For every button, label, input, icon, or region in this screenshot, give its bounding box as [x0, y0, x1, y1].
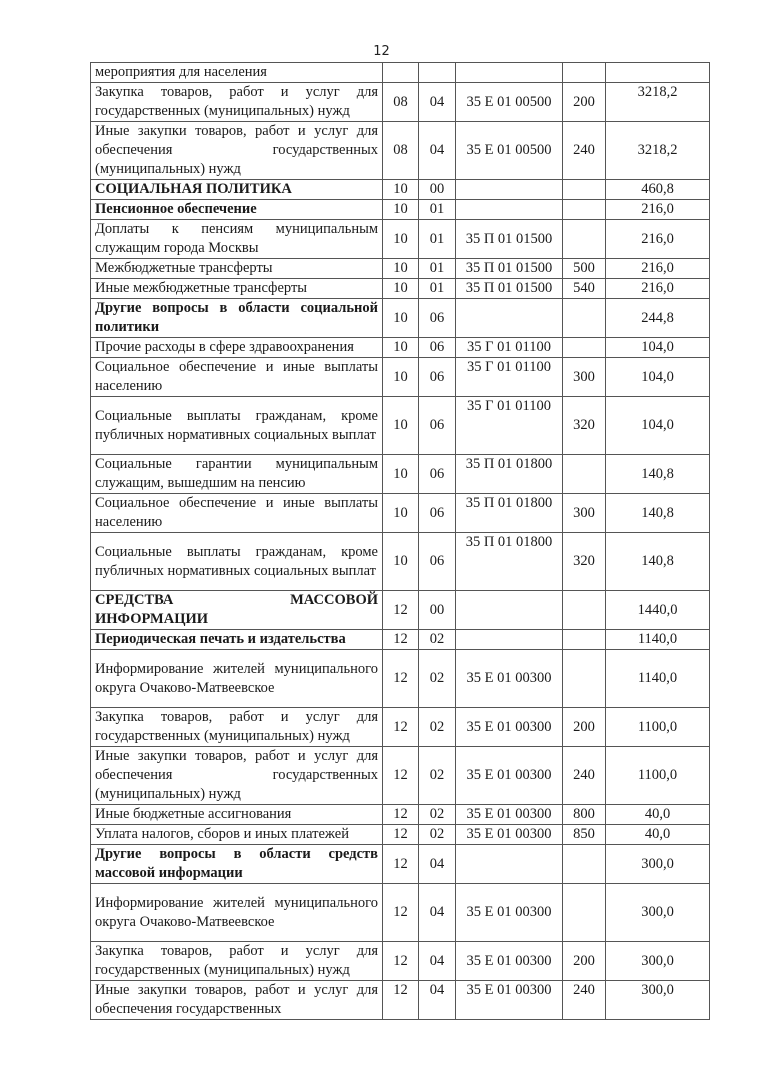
expense-type-cell: 240 — [563, 747, 606, 805]
subsection-code-cell: 04 — [419, 122, 456, 180]
subsection-code-cell: 04 — [419, 83, 456, 122]
target-article-cell: 35 П 01 01800 — [456, 455, 563, 494]
expense-type-cell — [563, 884, 606, 942]
target-article-cell: 35 Е 01 00300 — [456, 650, 563, 708]
section-code-cell: 12 — [383, 825, 419, 845]
row-name-cell: мероприятия для населения — [91, 63, 383, 83]
amount-cell: 1100,0 — [606, 747, 710, 805]
expense-type-cell — [563, 299, 606, 338]
table-row: Иные закупки товаров, работ и услуг для … — [91, 747, 710, 805]
amount-cell: 140,8 — [606, 533, 710, 591]
expense-type-cell: 320 — [563, 397, 606, 455]
row-name-cell: Иные закупки товаров, работ и услуг для … — [91, 747, 383, 805]
table-row: СОЦИАЛЬНАЯ ПОЛИТИКА1000460,8 — [91, 180, 710, 200]
table-row: Иные межбюджетные трансферты100135 П 01 … — [91, 279, 710, 299]
target-article-cell: 35 Г 01 01100 — [456, 397, 563, 455]
row-name-cell: Социальные гарантии муниципальным служащ… — [91, 455, 383, 494]
row-name-cell: Информирование жителей муниципального ок… — [91, 650, 383, 708]
section-code-cell: 10 — [383, 259, 419, 279]
row-name-cell: Другие вопросы в области средств массово… — [91, 845, 383, 884]
subsection-code-cell: 01 — [419, 259, 456, 279]
amount-cell: 216,0 — [606, 200, 710, 220]
table-row: Социальные гарантии муниципальным служащ… — [91, 455, 710, 494]
section-code-cell: 10 — [383, 279, 419, 299]
table-row: Закупка товаров, работ и услуг для госуд… — [91, 83, 710, 122]
section-code-cell: 10 — [383, 397, 419, 455]
target-article-cell: 35 Е 01 00300 — [456, 747, 563, 805]
subsection-code-cell: 04 — [419, 942, 456, 981]
expense-type-cell: 500 — [563, 259, 606, 279]
section-code-cell: 12 — [383, 845, 419, 884]
subsection-code-cell: 06 — [419, 494, 456, 533]
table-row: Социальные выплаты гражданам, кроме публ… — [91, 533, 710, 591]
section-code-cell: 12 — [383, 747, 419, 805]
target-article-cell: 35 Е 01 00300 — [456, 805, 563, 825]
subsection-code-cell: 06 — [419, 397, 456, 455]
row-name-cell: Закупка товаров, работ и услуг для госуд… — [91, 83, 383, 122]
section-code-cell: 12 — [383, 708, 419, 747]
section-code-cell: 12 — [383, 884, 419, 942]
table-row: Информирование жителей муниципального ок… — [91, 650, 710, 708]
table-row: Социальное обеспечение и иные выплаты на… — [91, 494, 710, 533]
budget-table: мероприятия для населенияЗакупка товаров… — [90, 62, 710, 1020]
expense-type-cell — [563, 630, 606, 650]
table-row: мероприятия для населения — [91, 63, 710, 83]
expense-type-cell: 540 — [563, 279, 606, 299]
amount-cell: 300,0 — [606, 845, 710, 884]
row-name-cell: Межбюджетные трансферты — [91, 259, 383, 279]
expense-type-cell: 300 — [563, 494, 606, 533]
subsection-code-cell: 00 — [419, 591, 456, 630]
table-row: Иные закупки товаров, работ и услуг для … — [91, 122, 710, 180]
subsection-code-cell: 06 — [419, 455, 456, 494]
table-row: Пенсионное обеспечение1001216,0 — [91, 200, 710, 220]
table-row: Иные закупки товаров, работ и услуг для … — [91, 981, 710, 1020]
expense-type-cell — [563, 338, 606, 358]
amount-cell: 216,0 — [606, 259, 710, 279]
budget-table-body: мероприятия для населенияЗакупка товаров… — [91, 63, 710, 1020]
expense-type-cell: 200 — [563, 942, 606, 981]
table-row: Периодическая печать и издательства12021… — [91, 630, 710, 650]
row-name-cell: Социальное обеспечение и иные выплаты на… — [91, 494, 383, 533]
expense-type-cell — [563, 180, 606, 200]
subsection-code-cell: 02 — [419, 825, 456, 845]
table-row: Социальные выплаты гражданам, кроме публ… — [91, 397, 710, 455]
expense-type-cell — [563, 220, 606, 259]
target-article-cell: 35 Е 01 00300 — [456, 884, 563, 942]
subsection-code-cell: 04 — [419, 981, 456, 1020]
subsection-code-cell: 06 — [419, 533, 456, 591]
expense-type-cell: 200 — [563, 83, 606, 122]
subsection-code-cell — [419, 63, 456, 83]
amount-cell: 300,0 — [606, 981, 710, 1020]
target-article-cell: 35 П 01 01500 — [456, 220, 563, 259]
subsection-code-cell: 01 — [419, 200, 456, 220]
expense-type-cell: 850 — [563, 825, 606, 845]
target-article-cell: 35 П 01 01500 — [456, 279, 563, 299]
section-code-cell: 12 — [383, 591, 419, 630]
expense-type-cell — [563, 845, 606, 884]
subsection-code-cell: 06 — [419, 338, 456, 358]
row-name-cell: Пенсионное обеспечение — [91, 200, 383, 220]
subsection-code-cell: 00 — [419, 180, 456, 200]
row-name-cell: Периодическая печать и издательства — [91, 630, 383, 650]
amount-cell: 300,0 — [606, 942, 710, 981]
row-name-cell: Иные межбюджетные трансферты — [91, 279, 383, 299]
section-code-cell: 10 — [383, 533, 419, 591]
amount-cell: 104,0 — [606, 358, 710, 397]
row-name-cell: СОЦИАЛЬНАЯ ПОЛИТИКА — [91, 180, 383, 200]
row-name-cell: Социальные выплаты гражданам, кроме публ… — [91, 533, 383, 591]
row-name-cell: Иные бюджетные ассигнования — [91, 805, 383, 825]
amount-cell: 104,0 — [606, 397, 710, 455]
row-name-cell: Информирование жителей муниципального ок… — [91, 884, 383, 942]
table-row: Межбюджетные трансферты100135 П 01 01500… — [91, 259, 710, 279]
section-code-cell: 10 — [383, 299, 419, 338]
target-article-cell: 35 П 01 01800 — [456, 494, 563, 533]
expense-type-cell: 800 — [563, 805, 606, 825]
amount-cell: 216,0 — [606, 220, 710, 259]
target-article-cell: 35 Г 01 01100 — [456, 358, 563, 397]
section-code-cell: 12 — [383, 650, 419, 708]
subsection-code-cell: 02 — [419, 747, 456, 805]
amount-cell: 1140,0 — [606, 650, 710, 708]
row-name-cell: Уплата налогов, сборов и иных платежей — [91, 825, 383, 845]
amount-cell: 1140,0 — [606, 630, 710, 650]
amount-cell: 1100,0 — [606, 708, 710, 747]
amount-cell: 3218,2 — [606, 83, 710, 122]
section-code-cell: 08 — [383, 122, 419, 180]
amount-cell: 216,0 — [606, 279, 710, 299]
section-code-cell: 12 — [383, 805, 419, 825]
section-code-cell — [383, 63, 419, 83]
target-article-cell: 35 Г 01 01100 — [456, 338, 563, 358]
target-article-cell: 35 Е 01 00300 — [456, 981, 563, 1020]
row-name-cell: Прочие расходы в сфере здравоохранения — [91, 338, 383, 358]
section-code-cell: 10 — [383, 494, 419, 533]
table-row: Закупка товаров, работ и услуг для госуд… — [91, 708, 710, 747]
section-code-cell: 10 — [383, 338, 419, 358]
target-article-cell — [456, 63, 563, 83]
subsection-code-cell: 02 — [419, 805, 456, 825]
section-code-cell: 12 — [383, 942, 419, 981]
subsection-code-cell: 06 — [419, 358, 456, 397]
amount-cell: 40,0 — [606, 825, 710, 845]
section-code-cell: 10 — [383, 358, 419, 397]
section-code-cell: 10 — [383, 455, 419, 494]
expense-type-cell — [563, 591, 606, 630]
row-name-cell: СРЕДСТВА МАССОВОЙ ИНФОРМАЦИИ — [91, 591, 383, 630]
target-article-cell: 35 П 01 01500 — [456, 259, 563, 279]
expense-type-cell: 200 — [563, 708, 606, 747]
section-code-cell: 12 — [383, 630, 419, 650]
subsection-code-cell: 01 — [419, 220, 456, 259]
target-article-cell — [456, 845, 563, 884]
expense-type-cell: 320 — [563, 533, 606, 591]
expense-type-cell — [563, 63, 606, 83]
subsection-code-cell: 06 — [419, 299, 456, 338]
amount-cell — [606, 63, 710, 83]
table-row: Закупка товаров, работ и услуг для госуд… — [91, 942, 710, 981]
amount-cell: 3218,2 — [606, 122, 710, 180]
expense-type-cell: 240 — [563, 122, 606, 180]
section-code-cell: 10 — [383, 220, 419, 259]
subsection-code-cell: 02 — [419, 630, 456, 650]
table-row: Доплаты к пенсиям муниципальным служащим… — [91, 220, 710, 259]
target-article-cell: 35 Е 01 00300 — [456, 942, 563, 981]
page-number: 12 — [0, 44, 763, 59]
amount-cell: 140,8 — [606, 494, 710, 533]
section-code-cell: 10 — [383, 200, 419, 220]
row-name-cell: Закупка товаров, работ и услуг для госуд… — [91, 708, 383, 747]
subsection-code-cell: 02 — [419, 708, 456, 747]
table-row: СРЕДСТВА МАССОВОЙ ИНФОРМАЦИИ12001440,0 — [91, 591, 710, 630]
subsection-code-cell: 01 — [419, 279, 456, 299]
amount-cell: 40,0 — [606, 805, 710, 825]
row-name-cell: Доплаты к пенсиям муниципальным служащим… — [91, 220, 383, 259]
amount-cell: 1440,0 — [606, 591, 710, 630]
amount-cell: 300,0 — [606, 884, 710, 942]
expense-type-cell — [563, 455, 606, 494]
table-row: Прочие расходы в сфере здравоохранения10… — [91, 338, 710, 358]
target-article-cell — [456, 200, 563, 220]
subsection-code-cell: 04 — [419, 884, 456, 942]
row-name-cell: Другие вопросы в области социальной поли… — [91, 299, 383, 338]
section-code-cell: 10 — [383, 180, 419, 200]
amount-cell: 140,8 — [606, 455, 710, 494]
target-article-cell — [456, 299, 563, 338]
subsection-code-cell: 02 — [419, 650, 456, 708]
target-article-cell: 35 Е 01 00300 — [456, 825, 563, 845]
expense-type-cell: 240 — [563, 981, 606, 1020]
expense-type-cell — [563, 650, 606, 708]
row-name-cell: Иные закупки товаров, работ и услуг для … — [91, 122, 383, 180]
target-article-cell: 35 П 01 01800 — [456, 533, 563, 591]
expense-type-cell: 300 — [563, 358, 606, 397]
section-code-cell: 12 — [383, 981, 419, 1020]
target-article-cell: 35 Е 01 00500 — [456, 83, 563, 122]
row-name-cell: Закупка товаров, работ и услуг для госуд… — [91, 942, 383, 981]
table-row: Другие вопросы в области средств массово… — [91, 845, 710, 884]
row-name-cell: Социальное обеспечение и иные выплаты на… — [91, 358, 383, 397]
subsection-code-cell: 04 — [419, 845, 456, 884]
row-name-cell: Иные закупки товаров, работ и услуг для … — [91, 981, 383, 1020]
table-row: Информирование жителей муниципального ок… — [91, 884, 710, 942]
table-row: Уплата налогов, сборов и иных платежей12… — [91, 825, 710, 845]
table-row: Другие вопросы в области социальной поли… — [91, 299, 710, 338]
target-article-cell: 35 Е 01 00300 — [456, 708, 563, 747]
target-article-cell — [456, 630, 563, 650]
target-article-cell — [456, 180, 563, 200]
expense-type-cell — [563, 200, 606, 220]
target-article-cell: 35 Е 01 00500 — [456, 122, 563, 180]
amount-cell: 104,0 — [606, 338, 710, 358]
amount-cell: 460,8 — [606, 180, 710, 200]
section-code-cell: 08 — [383, 83, 419, 122]
row-name-cell: Социальные выплаты гражданам, кроме публ… — [91, 397, 383, 455]
table-row: Социальное обеспечение и иные выплаты на… — [91, 358, 710, 397]
target-article-cell — [456, 591, 563, 630]
table-row: Иные бюджетные ассигнования120235 Е 01 0… — [91, 805, 710, 825]
amount-cell: 244,8 — [606, 299, 710, 338]
